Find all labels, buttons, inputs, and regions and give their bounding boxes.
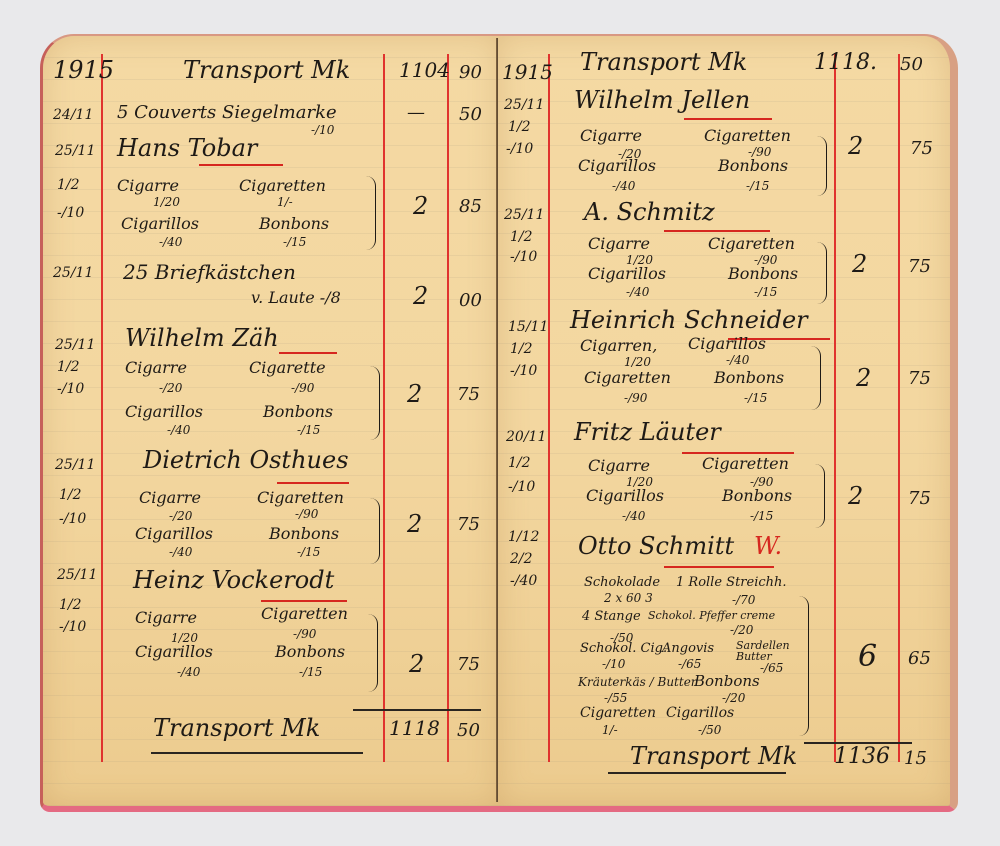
item-label: Cigarillos <box>135 526 213 542</box>
left-page: 1915 Transport Mk 1104 90 24/11 5 Couver… <box>40 34 499 812</box>
item-label: Bonbons <box>694 674 760 689</box>
item-label: Bonbons <box>275 644 345 660</box>
item-price: -/15 <box>297 546 320 558</box>
item-label: Schokolade <box>584 576 660 589</box>
brace <box>810 346 821 410</box>
item-label: Cigarillos <box>578 158 656 174</box>
entry-date: 25/11 <box>55 144 95 158</box>
item-label: Schokol. Cig. <box>580 642 667 655</box>
entry-cents: 50 <box>459 106 482 124</box>
footer-amount: 1136 <box>834 746 890 768</box>
item-label: Angovis <box>662 642 714 655</box>
customer-name: Dietrich Osthues <box>143 448 349 472</box>
sub-date: -/10 <box>508 480 535 494</box>
item-price: -/50 <box>698 724 721 736</box>
header-cents: 90 <box>459 64 482 82</box>
entry-date: 20/11 <box>506 430 546 444</box>
item-price: -/15 <box>744 392 767 404</box>
entry-amount: 2 <box>407 382 422 406</box>
pfennig-column-rule <box>898 54 900 762</box>
sub-date: -/10 <box>57 206 84 220</box>
item-price: -/70 <box>732 594 755 606</box>
item-price: -/20 <box>722 692 745 704</box>
item-price: 1/- <box>277 196 293 208</box>
sub-date: 1/2 <box>59 488 82 502</box>
entry-cents: 75 <box>908 258 931 276</box>
sub-date: 1/2 <box>508 456 531 470</box>
item-price: -/20 <box>169 510 192 522</box>
item-label: Cigaretten <box>584 370 671 386</box>
footer-transport-label: Transport Mk <box>630 744 797 768</box>
brace <box>816 242 827 304</box>
entry-amount: 2 <box>852 252 867 276</box>
sub-date: -/10 <box>57 382 84 396</box>
sub-date: 1/2 <box>57 360 80 374</box>
item-label: Bonbons <box>259 216 329 232</box>
sub-date: 1/2 <box>510 342 533 356</box>
item-label: Cigarillos <box>135 644 213 660</box>
entry-date: 25/11 <box>504 208 544 222</box>
pfennig-column-rule <box>447 54 449 762</box>
item-price: -/90 <box>293 628 316 640</box>
item-label: Bonbons <box>269 526 339 542</box>
item-label: Cigarre <box>588 236 650 252</box>
item-label: Cigarre <box>117 178 179 194</box>
entry-cents: 85 <box>459 198 482 216</box>
item-price: -/40 <box>169 546 192 558</box>
item-label: Cigarre <box>580 128 642 144</box>
item-label: Cigaretten <box>261 606 348 622</box>
sub-date: -/10 <box>506 142 533 156</box>
item-label: Sardellen Butter <box>736 640 806 662</box>
entry-amount: 2 <box>409 652 424 676</box>
item-label: Cigarre <box>135 610 197 626</box>
brace <box>369 366 380 440</box>
header-transport-label: Transport Mk <box>183 58 350 82</box>
item-price: -/40 <box>177 666 200 678</box>
item-price: -/90 <box>624 392 647 404</box>
item-price: -/15 <box>299 666 322 678</box>
entry-amount: 2 <box>407 512 422 536</box>
item-price: -/15 <box>283 236 306 248</box>
item-price: -/40 <box>159 236 182 248</box>
sub-date: -/10 <box>59 512 86 526</box>
sub-date: 1/2 <box>508 120 531 134</box>
customer-name: Hans Tobar <box>117 136 257 160</box>
entry-cents: 75 <box>910 140 933 158</box>
item-price: -/15 <box>750 510 773 522</box>
entry-amount: 2 <box>848 484 863 508</box>
item-label: Cigarre <box>139 490 201 506</box>
item-price: -/10 <box>311 124 334 136</box>
item-label: Bonbons <box>714 370 784 386</box>
entry-cents: 75 <box>457 516 480 534</box>
entry-cents: 65 <box>908 650 931 668</box>
item-label: Cigaretten <box>257 490 344 506</box>
entry-date: 25/11 <box>53 266 93 280</box>
item-price: -/40 <box>626 286 649 298</box>
entry-amount: 2 <box>856 366 871 390</box>
year: 1915 <box>53 58 114 82</box>
header-amount: 1118. <box>814 52 877 74</box>
customer-name: Heinz Vockerodt <box>133 568 334 592</box>
item-label: 1 Rolle Streichh. <box>676 576 787 589</box>
customer-name: Heinrich Schneider <box>570 308 808 332</box>
brace <box>816 136 827 196</box>
item-price: -/40 <box>726 354 749 366</box>
item-label: Cigarillos <box>688 336 766 352</box>
footer-cents: 15 <box>904 750 927 768</box>
entry-cents: 00 <box>459 292 482 310</box>
item-label: Cigarette <box>249 360 326 376</box>
item-price: -/55 <box>604 692 627 704</box>
customer-name: Fritz Läuter <box>574 420 721 444</box>
item-label: Bonbons <box>728 266 798 282</box>
customer-name: Wilhelm Zäh <box>125 326 279 350</box>
header-amount: 1104 <box>399 60 450 80</box>
date-margin-rule <box>548 54 550 762</box>
item-label: Cigarillos <box>666 706 734 720</box>
entry-amount: — <box>407 104 425 122</box>
entry-cents: 75 <box>457 656 480 674</box>
item-label: Bonbons <box>722 488 792 504</box>
item-label: Cigaretten <box>239 178 326 194</box>
item-label: Bonbons <box>718 158 788 174</box>
date-margin-rule <box>101 54 103 762</box>
sub-date: -/10 <box>59 620 86 634</box>
item-label: 4 Stange <box>582 610 641 623</box>
entry-amount: 2 <box>413 284 428 308</box>
footer-cents: 50 <box>457 722 480 740</box>
ledger-book: 1915 Transport Mk 1104 90 24/11 5 Couver… <box>38 34 960 806</box>
sub-date: -/10 <box>510 364 537 378</box>
customer-name: A. Schmitz <box>584 200 715 224</box>
item-price: -/15 <box>746 180 769 192</box>
item-label: Cigaretten <box>702 456 789 472</box>
sub-date: 1/2 <box>510 230 533 244</box>
entry-date: 24/11 <box>53 108 93 122</box>
item-price: -/90 <box>295 508 318 520</box>
sub-date: 1/2 <box>59 598 82 612</box>
entry-description: 5 Couverts Siegelmarke <box>117 104 337 122</box>
item-label: Cigaretten <box>580 706 656 720</box>
entry-amount: 6 <box>858 642 877 672</box>
item-label: Cigarillos <box>588 266 666 282</box>
sub-date: 2/2 <box>510 552 533 566</box>
item-label: Cigarillos <box>121 216 199 232</box>
item-price: -/10 <box>602 658 625 670</box>
item-price: 1/20 <box>624 356 651 368</box>
brace <box>369 498 380 564</box>
item-price: -/20 <box>730 624 753 636</box>
item-label: Cigarillos <box>125 404 203 420</box>
item-label: Kräuterkäs / Butter <box>578 676 697 688</box>
sub-date: 1/2 <box>57 178 80 192</box>
entry-cents: 75 <box>908 490 931 508</box>
header-transport-label: Transport Mk <box>580 50 747 74</box>
item-price: -/15 <box>297 424 320 436</box>
item-price: -/20 <box>159 382 182 394</box>
entry-date: 25/11 <box>57 568 97 582</box>
sub-date: -/10 <box>510 250 537 264</box>
brace <box>798 596 809 736</box>
item-price: -/65 <box>760 662 783 674</box>
header-cents: 50 <box>900 56 923 74</box>
entry-date: 15/11 <box>508 320 548 334</box>
brace <box>367 614 378 692</box>
item-price: 2 x 60 3 <box>604 592 653 604</box>
item-price: -/65 <box>678 658 701 670</box>
customer-name: Wilhelm Jellen <box>574 88 750 112</box>
mark-column-rule <box>383 54 385 762</box>
entry-description-2: v. Laute -/8 <box>251 290 341 306</box>
right-page: 1915 Transport Mk 1118. 50 25/11 Wilhelm… <box>498 34 958 812</box>
item-price: -/40 <box>622 510 645 522</box>
entry-date: 25/11 <box>504 98 544 112</box>
item-price: -/90 <box>291 382 314 394</box>
item-label: Cigarre <box>125 360 187 376</box>
item-price: 1/20 <box>153 196 180 208</box>
entry-amount: 2 <box>848 134 863 158</box>
entry-amount: 2 <box>413 194 428 218</box>
item-price: -/40 <box>167 424 190 436</box>
item-price: -/15 <box>754 286 777 298</box>
item-label: Cigarre <box>588 458 650 474</box>
item-label: Cigaretten <box>708 236 795 252</box>
entry-date: 1/12 <box>508 530 539 544</box>
item-label: Cigarren, <box>580 338 657 354</box>
item-label: Cigaretten <box>704 128 791 144</box>
item-price: 1/- <box>602 724 618 736</box>
entry-date: 25/11 <box>55 338 95 352</box>
item-label: Schokol. Pfeffer creme <box>648 610 775 621</box>
entry-cents: 75 <box>457 386 480 404</box>
entry-description: 25 Briefkästchen <box>123 262 296 282</box>
sub-date: -/40 <box>510 574 537 588</box>
brace <box>814 464 825 528</box>
footer-amount: 1118 <box>389 718 440 738</box>
entry-date: 25/11 <box>55 458 95 472</box>
item-price: -/40 <box>612 180 635 192</box>
item-label: Bonbons <box>263 404 333 420</box>
brace <box>365 176 376 250</box>
customer-name: Otto Schmitt <box>578 534 734 558</box>
red-mark: W. <box>754 534 782 558</box>
year: 1915 <box>502 62 553 82</box>
mark-column-rule <box>834 54 836 762</box>
entry-cents: 75 <box>908 370 931 388</box>
item-label: Cigarillos <box>586 488 664 504</box>
footer-transport-label: Transport Mk <box>153 716 320 740</box>
